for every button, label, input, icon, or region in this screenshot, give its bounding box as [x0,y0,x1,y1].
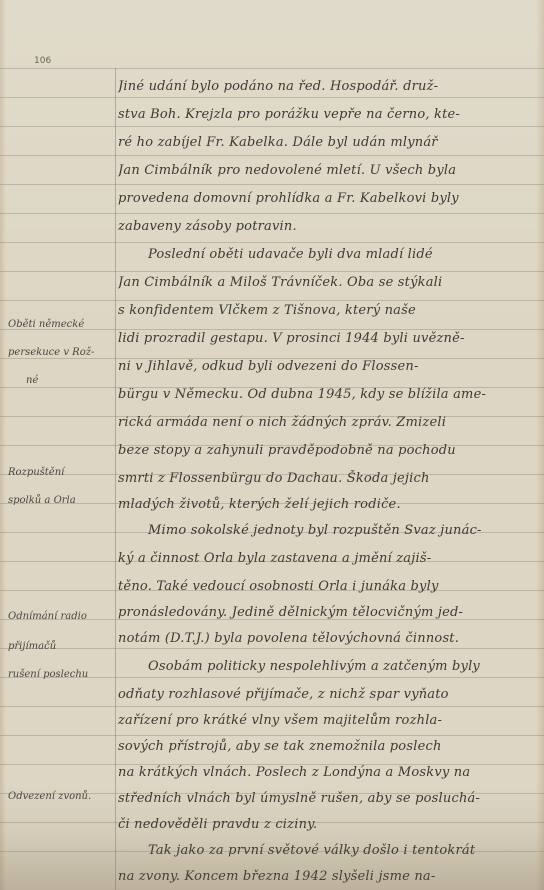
text-line: rická armáda není o nich žádných zpráv. … [118,414,536,432]
ruled-line [0,271,544,272]
ruled-line [0,126,544,127]
text-line: notám (D.T.J.) byla povolena tělovýchovn… [118,630,536,648]
text-line: těno. Také vedoucí osobnosti Orla i juná… [118,578,536,596]
ruled-line [0,155,544,156]
margin-note-line: né [26,374,130,388]
margin-note-line: persekuce v Rož- [8,346,112,360]
ruled-line [0,97,544,98]
document-page: 106 Oběti německé persekuce v Rož- né Ro… [0,0,544,890]
text-line: Poslední oběti udavače byli dva mladí li… [118,246,536,264]
text-line: ni v Jihlavě, odkud byli odvezeni do Flo… [118,358,536,376]
ruled-line [0,68,544,69]
text-line: stva Boh. Krejzla pro porážku vepře na č… [118,106,536,124]
text-line: mladých životů, kterých želí jejich rodi… [118,496,536,514]
text-line: sových přístrojů, aby se tak znemožnila … [118,738,536,756]
text-line: na krátkých vlnách. Poslech z Londýna a … [118,764,536,782]
ruled-line [0,184,544,185]
text-line: Mimo sokolské jednoty byl rozpuštěn Svaz… [118,522,536,540]
text-line: pronásledovány. Jedině dělnickým tělocvi… [118,604,536,622]
ruled-line [0,706,544,707]
ruled-line [0,242,544,243]
margin-note-line: přijímačů [8,640,112,654]
ruled-line [0,213,544,214]
text-line: ré ho zabíjel Fr. Kabelka. Dále byl udán… [118,134,536,152]
text-line: bürgu v Německu. Od dubna 1945, kdy se b… [118,386,536,404]
text-line: ký a činnost Orla byla zastavena a jmění… [118,550,536,568]
margin-note-line: Rozpuštění [8,466,112,480]
text-line: s konfidentem Vlčkem z Tišnova, který na… [118,302,536,320]
text-line: středních vlnách byl úmyslně rušen, aby … [118,790,536,808]
margin-note-line: Oběti německé [8,318,112,332]
text-line: zařízení pro krátké vlny všem majitelům … [118,712,536,730]
ruled-line [0,735,544,736]
text-line: beze stopy a zahynuli pravděpodobně na p… [118,442,536,460]
text-line: smrti z Flossenbürgu do Dachau. Škoda je… [118,470,536,488]
text-line: Jan Cimbálník pro nedovolené mletí. U vš… [118,162,536,180]
margin-note-line: rušení poslechu [8,668,112,682]
margin-note-line: Odvezení zvonů. [8,790,112,804]
margin-note-line: Odnímání radio [8,610,112,624]
margin-note-line: spolků a Orla [8,494,112,508]
text-line: Jan Cimbálník a Miloš Trávníček. Oba se … [118,274,536,292]
text-line: či nedověděli pravdu z ciziny. [118,816,536,834]
margin-rule [115,68,116,890]
text-line: provedena domovní prohlídka a Fr. Kabelk… [118,190,536,208]
page-number: 106 [34,56,51,66]
ruled-line [0,300,544,301]
page-bottom-shadow [0,835,544,890]
text-line: Osobám politicky nespolehlivým a zatčený… [118,658,536,676]
text-line: odňaty rozhlasové přijímače, z nichž spa… [118,686,536,704]
text-line: Jiné udání bylo podáno na řed. Hospodář.… [118,78,536,96]
text-line: lidi prozradil gestapu. V prosinci 1944 … [118,330,536,348]
text-line: zabaveny zásoby potravin. [118,218,536,236]
